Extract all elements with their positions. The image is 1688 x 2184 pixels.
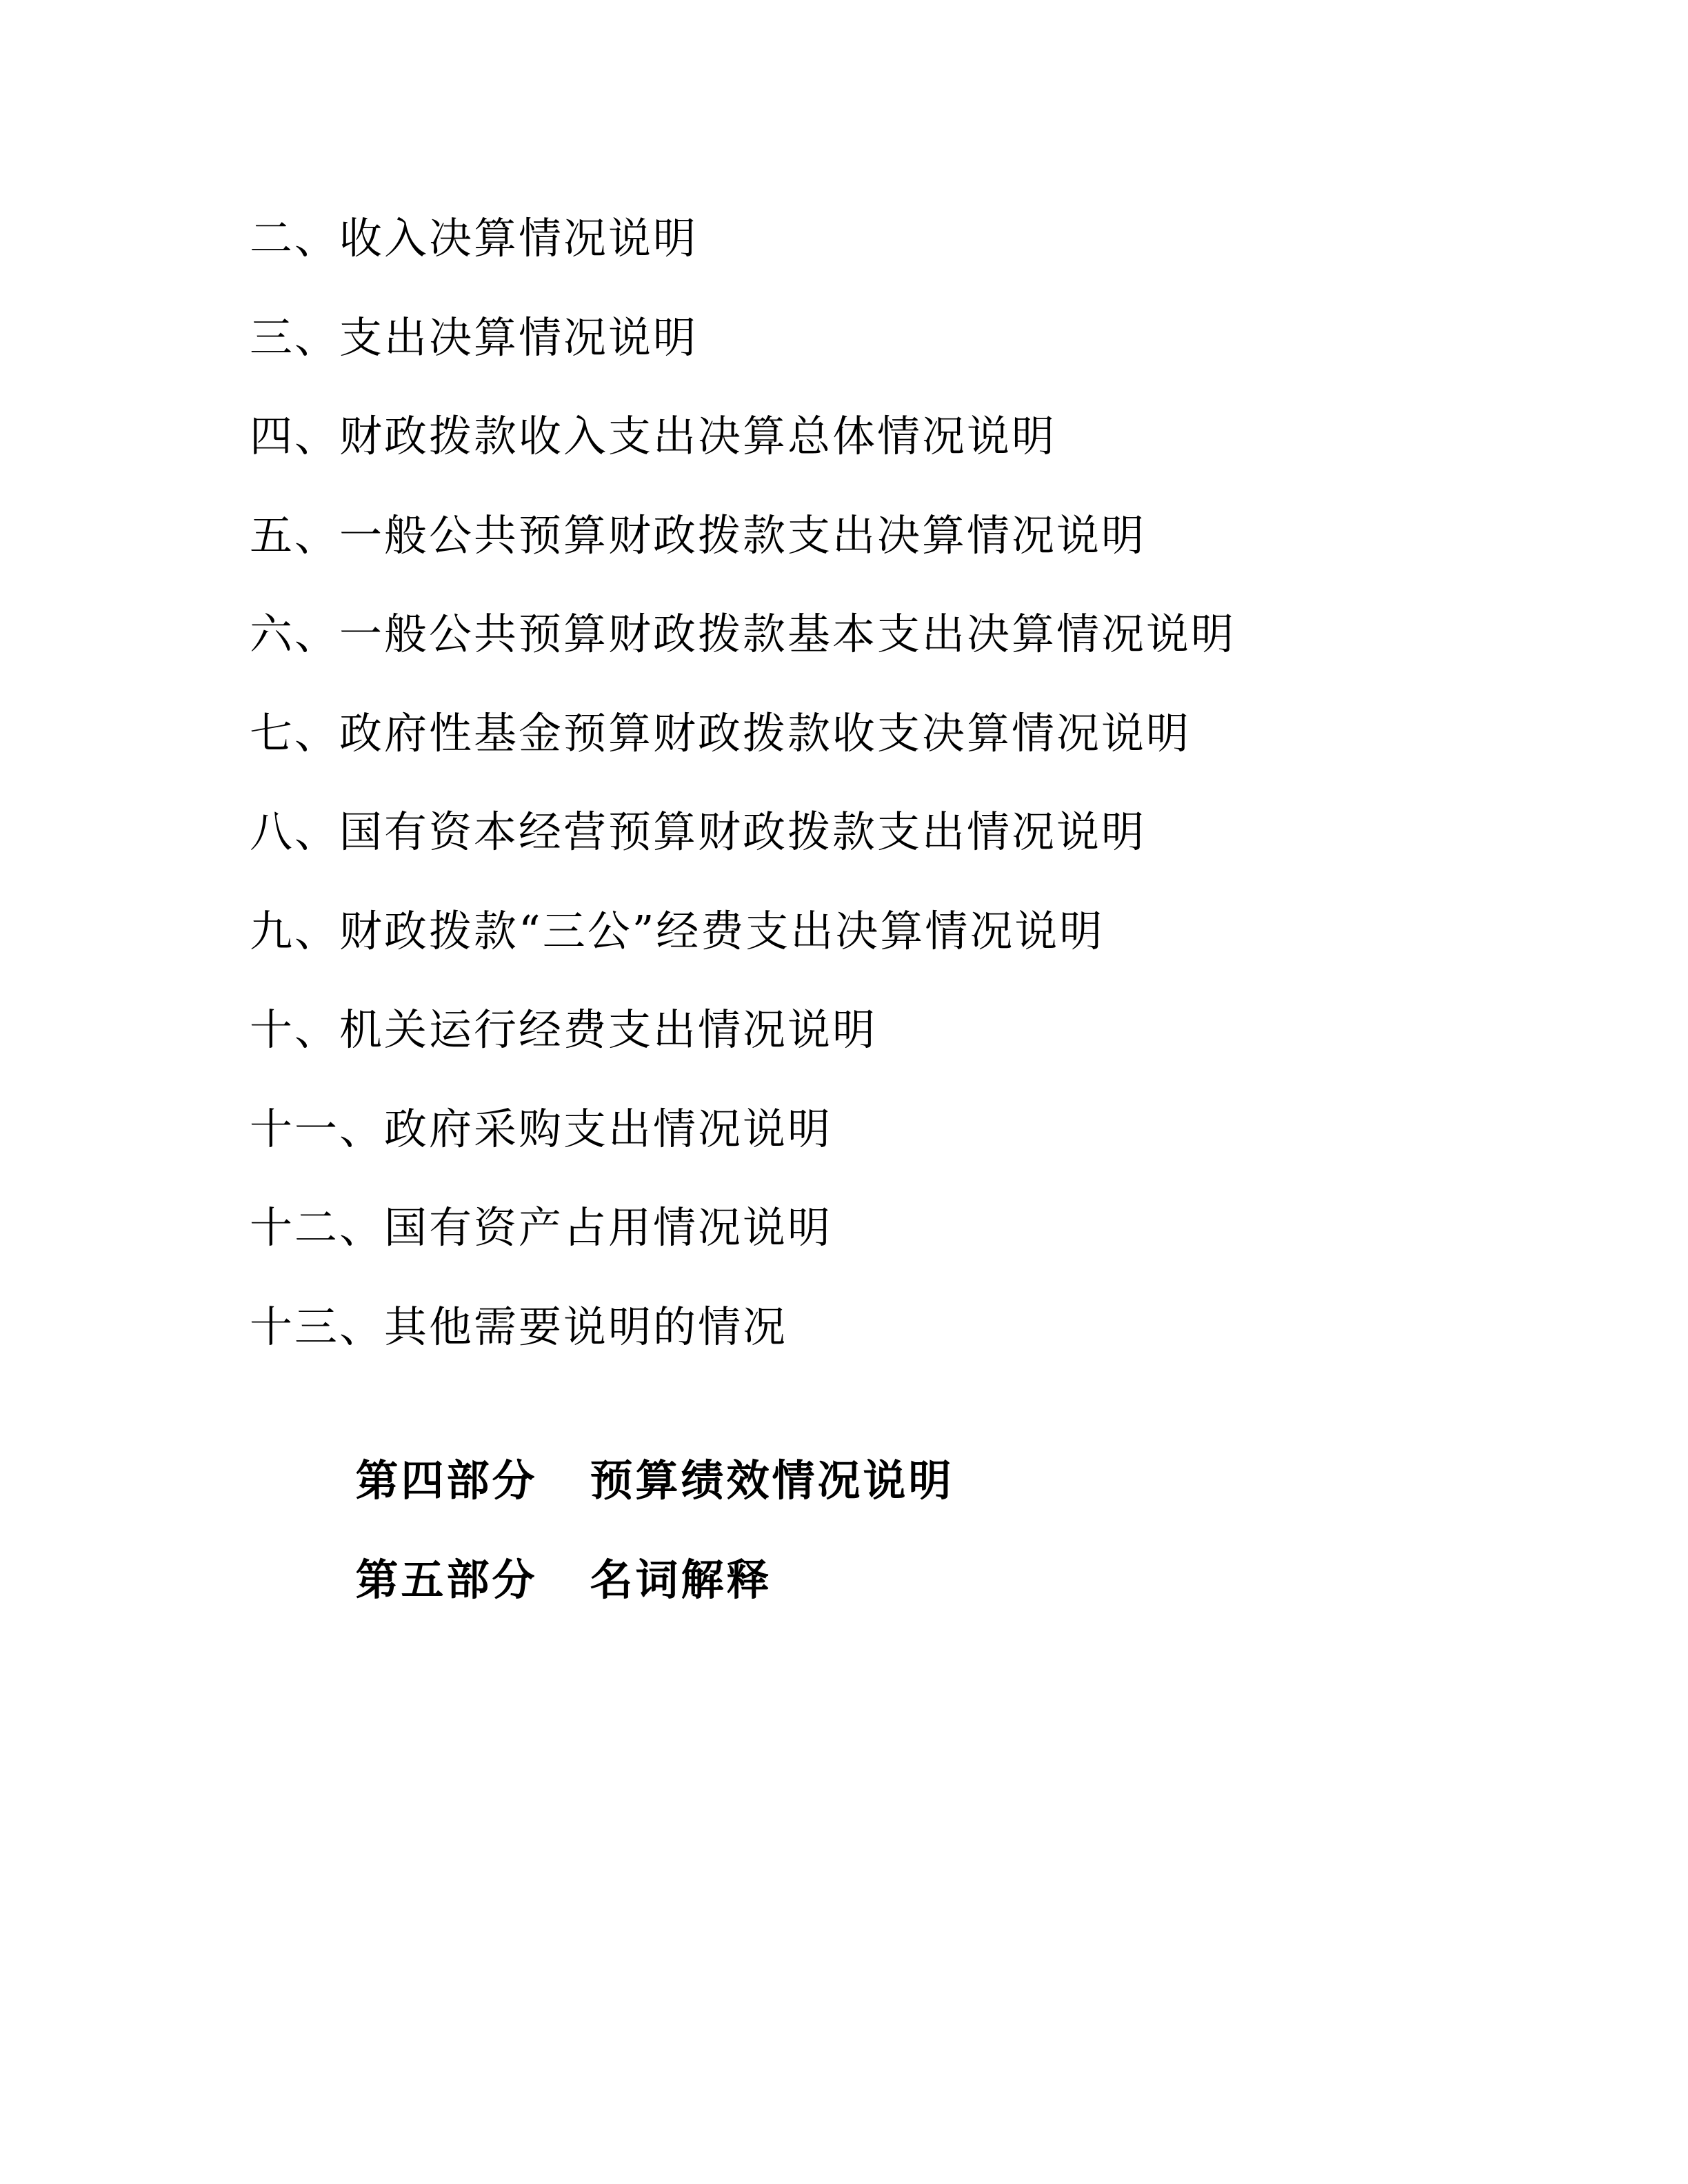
part-number-label: 第四部分	[356, 1455, 538, 1506]
toc-item-general-public-budget-basic-expenditure: 六、一般公共预算财政拨款基本支出决算情况说明	[250, 607, 1236, 706]
toc-item-fiscal-appropriation-overall: 四、财政拨款收入支出决算总体情况说明	[250, 409, 1236, 508]
document-page: 二、收入决算情况说明 三、支出决算情况说明 四、财政拨款收入支出决算总体情况说明…	[0, 0, 1688, 2184]
toc-item-agency-operating-expenses: 十、机关运行经费支出情况说明	[250, 1002, 1236, 1102]
toc-item-other-matters: 十三、其他需要说明的情况	[250, 1300, 1236, 1399]
part-number-label: 第五部分	[356, 1555, 538, 1605]
toc-item-general-public-budget-expenditure: 五、一般公共预算财政拨款支出决算情况说明	[250, 508, 1236, 607]
toc-part-five-heading: 第五部分名词解释	[250, 1497, 1236, 1597]
part-title: 预算绩效情况说明	[590, 1455, 954, 1506]
toc-item-three-public-expenses: 九、财政拨款“三公”经费支出决算情况说明	[250, 904, 1236, 1003]
part-title: 名词解释	[590, 1555, 772, 1605]
table-of-contents: 二、收入决算情况说明 三、支出决算情况说明 四、财政拨款收入支出决算总体情况说明…	[250, 211, 1236, 1596]
toc-item-government-fund-budget: 七、政府性基金预算财政拨款收支决算情况说明	[250, 706, 1236, 805]
toc-item-expenditure-final-accounts: 三、支出决算情况说明	[250, 310, 1236, 410]
toc-item-income-final-accounts: 二、收入决算情况说明	[250, 211, 1236, 310]
toc-item-state-assets-occupation: 十二、国有资产占用情况说明	[250, 1200, 1236, 1300]
toc-part-four-heading: 第四部分预算绩效情况说明	[250, 1398, 1236, 1497]
toc-item-government-procurement: 十一、政府采购支出情况说明	[250, 1102, 1236, 1201]
toc-item-state-capital-operation-budget: 八、国有资本经营预算财政拨款支出情况说明	[250, 805, 1236, 904]
